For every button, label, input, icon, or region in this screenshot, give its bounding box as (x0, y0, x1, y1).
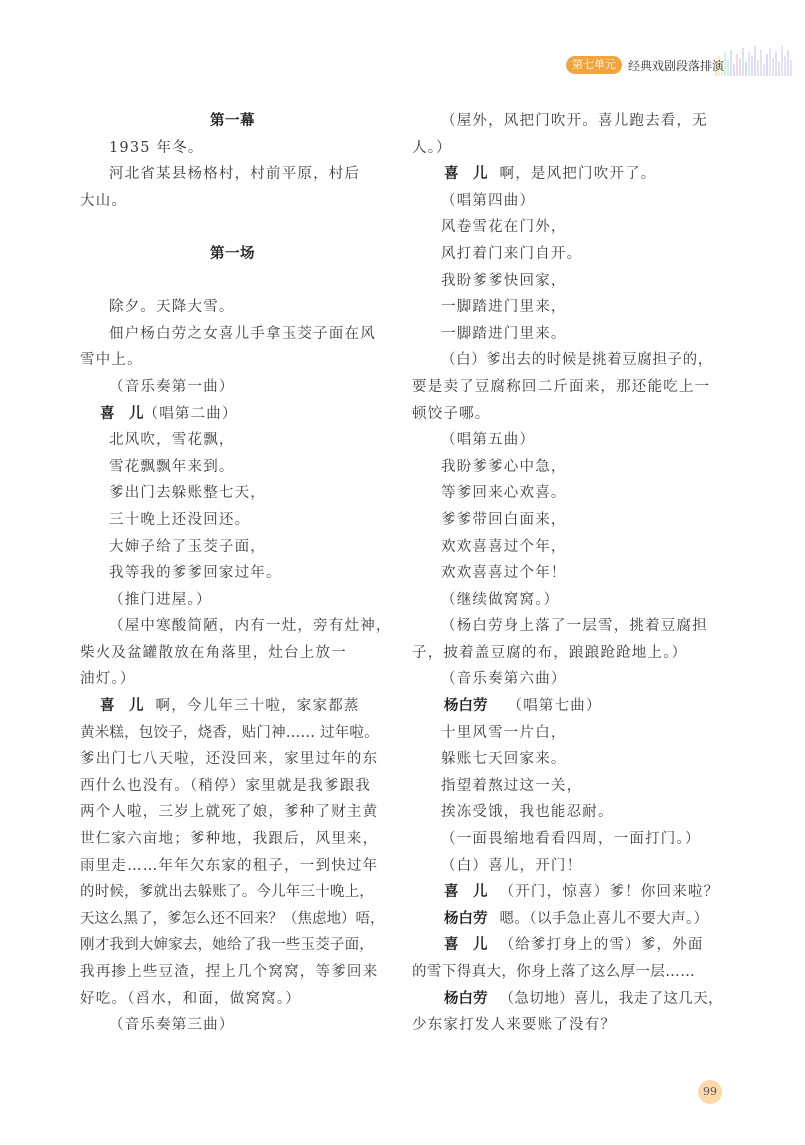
speaker-line: 喜 儿啊，今儿年三十啦，家家都蒸 (80, 693, 385, 720)
dialogue-text: 啊，今儿年三十啦，家家都蒸 (156, 698, 360, 714)
dialogue-text: 世仁家六亩地；爹种地，我跟后，风里来， (80, 826, 385, 853)
stage-direction: 除夕。天降大雪。 (80, 294, 385, 321)
dialogue-text: 雨里走……年年欠东家的租子，一到快过年 (80, 853, 385, 880)
lyric-line: 十里风雪一片白， (412, 720, 724, 747)
decorative-bars-icon (715, 44, 805, 76)
lyric-line: 一脚踏进门里来， (412, 294, 724, 321)
lyric-line: 爹出门去躲账整七天， (80, 480, 385, 507)
dialogue-text: 要是卖了豆腐称回二斤面来，那还能吃上一 (412, 374, 724, 401)
dialogue-text: 的时候，爹就出去躲账了。今儿年三十晚上， (80, 879, 385, 906)
lyric-line: 一脚踏进门里来。 (412, 321, 724, 348)
lyric-line: 我盼爹爹心中急， (412, 454, 724, 481)
dialogue-text: 天这么黑了，爹怎么还不回来？（焦虑地）唔， (80, 906, 385, 933)
lyric-line: 我盼爹爹快回家， (412, 268, 724, 295)
stage-direction: （唱第七曲） (508, 698, 602, 714)
page-number: 99 (698, 1080, 722, 1104)
dialogue-text: 西什么也没有。（稍停）家里就是我爹跟我 (80, 773, 385, 800)
lyric-line: 躲账七天回家来。 (412, 746, 724, 773)
lyric-line: 欢欢喜喜过个年！ (412, 560, 724, 587)
speaker-name: 喜 儿 (100, 698, 144, 714)
stage-direction: （唱第二曲） (144, 406, 238, 422)
stage-direction: （唱第四曲） (412, 188, 724, 215)
speaker-line: 喜 儿（开门，惊喜）爹！你回来啦？ (412, 879, 724, 906)
stage-direction: 子，披着盖豆腐的布，踉踉跄跄地上。） (412, 640, 724, 667)
dialogue-text: 的雪下得真大，你身上落了这么厚一层…… (412, 959, 724, 986)
lyric-line: 三十晚上还没回还。 (80, 507, 385, 534)
speaker-line: 喜 儿（给爹打身上的雪）爹，外面 (412, 932, 724, 959)
stage-direction: （屋中寒酸简陋，内有一灶，旁有灶神， (80, 613, 385, 640)
lyric-line: 雪花飘飘年来到。 (80, 454, 385, 481)
right-column: （屋外，风把门吹开。喜儿跑去看，无 人。） 喜 儿啊，是风把门吹开了。 （唱第四… (412, 108, 724, 1039)
stage-direction: 佃户杨白劳之女喜儿手拿玉茭子面在风 (80, 321, 385, 348)
dialogue-text: （白）喜儿，开门！ (412, 853, 724, 880)
dialogue-text: 啊，是风把门吹开了。 (500, 166, 657, 182)
dialogue-text: 我再掺上些豆渣，捏上几个窝窝，等爹回来 (80, 959, 385, 986)
speaker-line: 喜 儿（唱第二曲） (80, 401, 385, 428)
speaker-line: 杨白劳（唱第七曲） (412, 693, 724, 720)
lyric-line: 大婶子给了玉茭子面， (80, 534, 385, 561)
speaker-name: 杨白劳 (444, 698, 488, 714)
speaker-name: 杨白劳 (444, 911, 488, 927)
stage-direction: （推门进屋。） (80, 587, 385, 614)
speaker-name: 喜 儿 (444, 884, 488, 900)
lyric-line: 挨冻受饿，我也能忍耐。 (412, 799, 724, 826)
speaker-name: 喜 儿 (100, 406, 144, 422)
speaker-line: 喜 儿啊，是风把门吹开了。 (412, 161, 724, 188)
dialogue-text: （给爹打身上的雪）爹，外面 (500, 937, 704, 953)
dialogue-text: 黄米糕，包饺子，烧香，贴门神…… 过年啦。 (80, 720, 385, 747)
speaker-name: 喜 儿 (444, 937, 488, 953)
lyric-line: 北风吹，雪花飘， (80, 427, 385, 454)
text-line: 河北省某县杨格村，村前平原，村后 (80, 161, 385, 188)
stage-direction: （音乐奏第六曲） (412, 666, 724, 693)
dialogue-text: （开门，惊喜）爹！你回来啦？ (500, 884, 720, 900)
speaker-line: 杨白劳（急切地）喜儿，我走了这几天， (412, 986, 724, 1013)
stage-direction: （音乐奏第三曲） (80, 1012, 385, 1039)
dialogue-text: 顿饺子哪。 (412, 401, 724, 428)
speaker-line: 杨白劳嗯。（以手急止喜儿不要大声。） (412, 906, 724, 933)
dialogue-text: （急切地）喜儿，我走了这几天， (500, 991, 724, 1007)
dialogue-text: 刚才我到大婶家去，她给了我一些玉茭子面， (80, 932, 385, 959)
stage-direction: 雪中上。 (80, 347, 385, 374)
lyric-line: 爹爹带回白面来， (412, 507, 724, 534)
dialogue-text: 好吃。（舀水，和面，做窝窝。） (80, 986, 385, 1013)
dialogue-text: （白）爹出去的时候是挑着豆腐担子的， (412, 347, 724, 374)
text-line: 大山。 (80, 188, 385, 215)
stage-direction: （一面畏缩地看看四周，一面打门。） (412, 826, 724, 853)
stage-direction: （音乐奏第一曲） (80, 374, 385, 401)
dialogue-text: 嗯。（以手急止喜儿不要大声。） (500, 911, 709, 927)
text-line: 1935 年冬。 (80, 135, 385, 162)
stage-direction: （唱第五曲） (412, 427, 724, 454)
stage-direction: 柴火及盆罐散放在角落里，灶台上放一 (80, 640, 385, 667)
dialogue-text: 两个人啦，三岁上就死了娘，爹种了财主黄 (80, 799, 385, 826)
act-title: 第一幕 (80, 108, 385, 135)
unit-header: 第七单元 经典戏剧段落排演 (566, 54, 805, 76)
stage-direction: （继续做窝窝。） (412, 587, 724, 614)
speaker-name: 喜 儿 (444, 166, 488, 182)
scene-title: 第一场 (80, 241, 385, 268)
stage-direction: （杨白劳身上落了一层雪，挑着豆腐担 (412, 613, 724, 640)
stage-direction: 油灯。） (80, 666, 385, 693)
lyric-line: 风卷雪花在门外， (412, 214, 724, 241)
left-column: 第一幕 1935 年冬。 河北省某县杨格村，村前平原，村后 大山。 第一场 除夕… (80, 108, 385, 1039)
lyric-line: 风打着门来门自开。 (412, 241, 724, 268)
lyric-line: 我等我的爹爹回家过年。 (80, 560, 385, 587)
unit-title: 经典戏剧段落排演 (628, 57, 724, 74)
lyric-line: 指望着熬过这一关， (412, 773, 724, 800)
unit-badge: 第七单元 (566, 56, 622, 74)
dialogue-text: 少东家打发人来要账了没有？ (412, 1012, 724, 1039)
lyric-line: 欢欢喜喜过个年， (412, 534, 724, 561)
stage-direction: （屋外，风把门吹开。喜儿跑去看，无 (412, 108, 724, 135)
stage-direction: 人。） (412, 135, 724, 162)
speaker-name: 杨白劳 (444, 991, 488, 1007)
dialogue-text: 爹出门七八天啦，还没回来，家里过年的东 (80, 746, 385, 773)
lyric-line: 等爹回来心欢喜。 (412, 480, 724, 507)
